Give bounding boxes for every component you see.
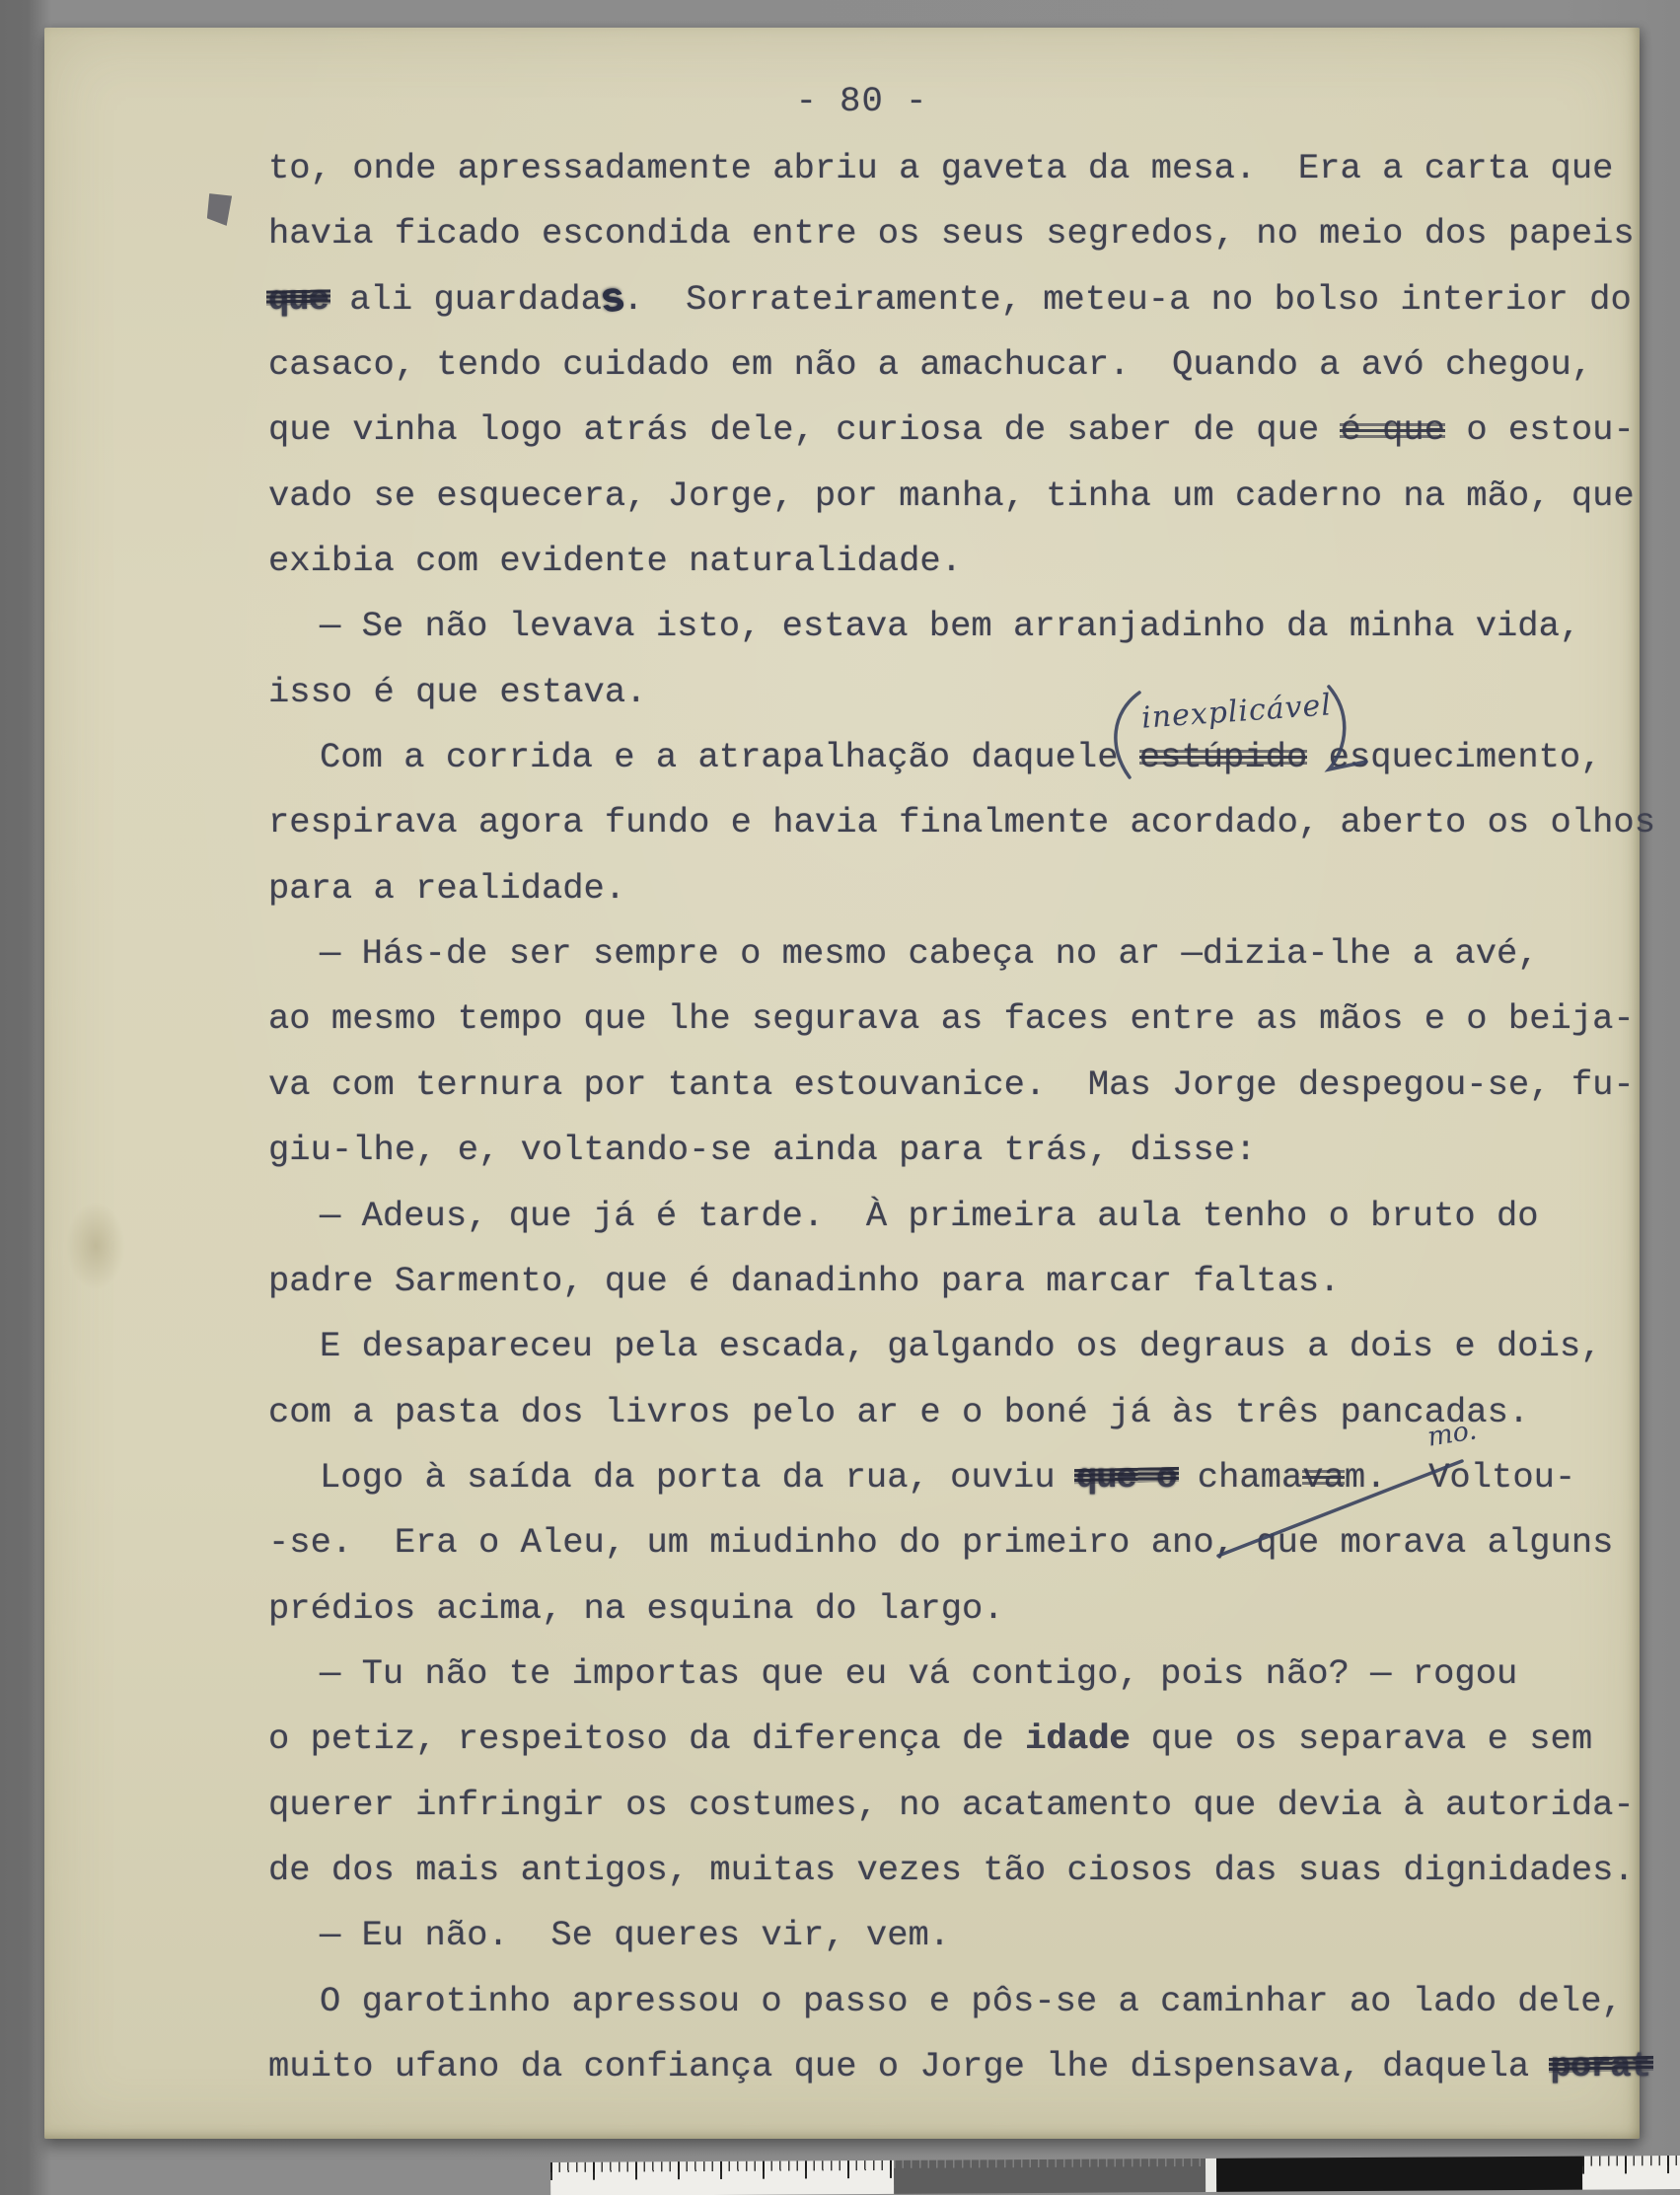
- paper-smudge: [66, 1202, 125, 1290]
- text-line: para a realidade.: [268, 856, 1649, 921]
- text-line: querer infringir os costumes, no acatame…: [268, 1773, 1649, 1838]
- typewritten-page: - 80 - to, onde apressadamente abriu a g…: [44, 28, 1640, 2139]
- typed-text: exibia com evidente naturalidade.: [268, 541, 962, 581]
- text-line: O garotinho apressou o passo e pôs-se a …: [268, 1969, 1649, 2034]
- struck-text: é que: [1340, 409, 1445, 450]
- typed-text: muito ufano da confiança que o Jorge lhe…: [268, 2046, 1551, 2086]
- text-line: — Eu não. Se queres vir, vem.: [268, 1903, 1649, 1968]
- typed-text: va com ternura por tanta estouvanice. Ma…: [268, 1064, 1635, 1105]
- typed-text: vado se esquecera, Jorge, por manha, tin…: [268, 476, 1635, 516]
- typed-text: que os separava e sem: [1130, 1719, 1592, 1759]
- text-line: casaco, tendo cuidado em não a amachucar…: [268, 332, 1649, 398]
- text-line: — Adeus, que já é tarde. À primeira aula…: [268, 1184, 1649, 1249]
- text-line: que vinha logo atrás dele, curiosa de sa…: [268, 398, 1649, 463]
- typed-text: — Eu não. Se queres vir, vem.: [320, 1915, 950, 1955]
- typed-text: m. Voltou-: [1345, 1457, 1575, 1498]
- scale-ruler-white-right: [1582, 2156, 1680, 2190]
- typed-text: ao mesmo tempo que lhe segurava as faces…: [268, 998, 1635, 1039]
- typed-text: — Se não levava isto, estava bem arranja…: [320, 606, 1580, 646]
- typed-text: o estou-: [1445, 409, 1635, 450]
- typed-text: querer infringir os costumes, no acatame…: [268, 1785, 1635, 1825]
- typed-text: de dos mais antigos, muitas vezes tão ci…: [268, 1850, 1635, 1890]
- typed-text: prédios acima, na esquina do largo.: [268, 1588, 1004, 1629]
- typed-text: Com a corrida e a atrapalhação daquele: [320, 737, 1139, 777]
- typed-text: — Hás-de ser sempre o mesmo cabeça no ar…: [320, 933, 1539, 974]
- struck-text: que: [268, 279, 329, 320]
- struck-text: porat: [1551, 2046, 1651, 2086]
- text-line: vado se esquecera, Jorge, por manha, tin…: [268, 464, 1649, 529]
- text-line: Logo à saída da porta da rua, ouviu que …: [268, 1445, 1649, 1510]
- pencil-mark: [201, 188, 239, 230]
- text-line: Com a corrida e a atrapalhação daquele e…: [268, 725, 1649, 790]
- typed-text: havia ficado escondida entre os seus seg…: [268, 213, 1635, 254]
- typed-text: com a pasta dos livros pelo ar e o boné …: [268, 1392, 1529, 1432]
- calibration-scale-bar: [550, 2156, 1680, 2195]
- typed-text: casaco, tendo cuidado em não a amachucar…: [268, 344, 1592, 385]
- typed-text: . Sorrateiramente, meteu-a no bolso inte…: [622, 279, 1632, 320]
- page-number: - 80 -: [44, 81, 1640, 121]
- typed-text: ali guardada: [329, 279, 602, 320]
- text-line: ao mesmo tempo que lhe segurava as faces…: [268, 987, 1649, 1052]
- text-line: muito ufano da confiança que o Jorge lhe…: [268, 2034, 1649, 2099]
- struck-text: estúpido: [1139, 737, 1307, 777]
- typed-text: — Adeus, que já é tarde. À primeira aula…: [320, 1196, 1539, 1236]
- scale-gray-patch: [894, 2158, 1205, 2194]
- text-line: -se. Era o Aleu, um miudinho do primeiro…: [268, 1510, 1649, 1575]
- text-line: — Se não levava isto, estava bem arranja…: [268, 594, 1649, 659]
- text-line: prédios acima, na esquina do largo.: [268, 1576, 1649, 1642]
- scale-black-patch: [1216, 2157, 1582, 2192]
- typed-text: Logo à saída da porta da rua, ouviu: [320, 1457, 1076, 1498]
- typed-text: o petiz, respeitoso da diferença de: [268, 1719, 1025, 1759]
- typed-text: esquecimento,: [1307, 737, 1601, 777]
- typed-text: padre Sarmento, que é danadinho para mar…: [268, 1261, 1340, 1301]
- text-line: exibia com evidente naturalidade.: [268, 529, 1649, 594]
- text-line: giu-lhe, e, voltando-se ainda para trás,…: [268, 1118, 1649, 1183]
- struck-text: que o: [1076, 1457, 1177, 1498]
- text-line: E desapareceu pela escada, galgando os d…: [268, 1314, 1649, 1379]
- text-line: to, onde apressadamente abriu a gaveta d…: [268, 136, 1649, 201]
- typed-text: isso é que estava.: [268, 672, 646, 712]
- struck-text: va: [1302, 1457, 1345, 1498]
- typed-text: para a realidade.: [268, 868, 625, 909]
- text-body: to, onde apressadamente abriu a gaveta d…: [268, 136, 1649, 2099]
- text-line: — Hás-de ser sempre o mesmo cabeça no ar…: [268, 921, 1649, 987]
- typed-text: respirava agora fundo e havia finalmente…: [268, 802, 1655, 842]
- text-line: va com ternura por tanta estouvanice. Ma…: [268, 1053, 1649, 1118]
- text-line: de dos mais antigos, muitas vezes tão ci…: [268, 1838, 1649, 1903]
- scale-separator: [1205, 2158, 1216, 2192]
- typed-text: to, onde apressadamente abriu a gaveta d…: [268, 148, 1613, 188]
- overtyped-bold-text: idade: [1025, 1719, 1131, 1759]
- typed-text: chama: [1176, 1457, 1302, 1498]
- text-line: que ali guardadas. Sorrateiramente, mete…: [268, 267, 1649, 332]
- typed-text: giu-lhe, e, voltando-se ainda para trás,…: [268, 1130, 1256, 1170]
- text-line: respirava agora fundo e havia finalmente…: [268, 790, 1649, 855]
- scale-ruler-white-left: [550, 2160, 894, 2195]
- typed-text: -se. Era o Aleu, um miudinho do primeiro…: [268, 1522, 1613, 1563]
- typed-text: — Tu não te importas que eu vá contigo, …: [320, 1653, 1517, 1694]
- scanned-document: - 80 - to, onde apressadamente abriu a g…: [0, 0, 1680, 2195]
- text-line: padre Sarmento, que é danadinho para mar…: [268, 1249, 1649, 1314]
- typed-text: que vinha logo atrás dele, curiosa de sa…: [268, 409, 1340, 450]
- typed-text: E desapareceu pela escada, galgando os d…: [320, 1326, 1602, 1366]
- typed-text: O garotinho apressou o passo e pôs-se a …: [320, 1981, 1623, 2021]
- text-line: havia ficado escondida entre os seus seg…: [268, 201, 1649, 266]
- text-line: o petiz, respeitoso da diferença de idad…: [268, 1707, 1649, 1772]
- text-line: — Tu não te importas que eu vá contigo, …: [268, 1642, 1649, 1707]
- text-line: isso é que estava.: [268, 660, 1649, 725]
